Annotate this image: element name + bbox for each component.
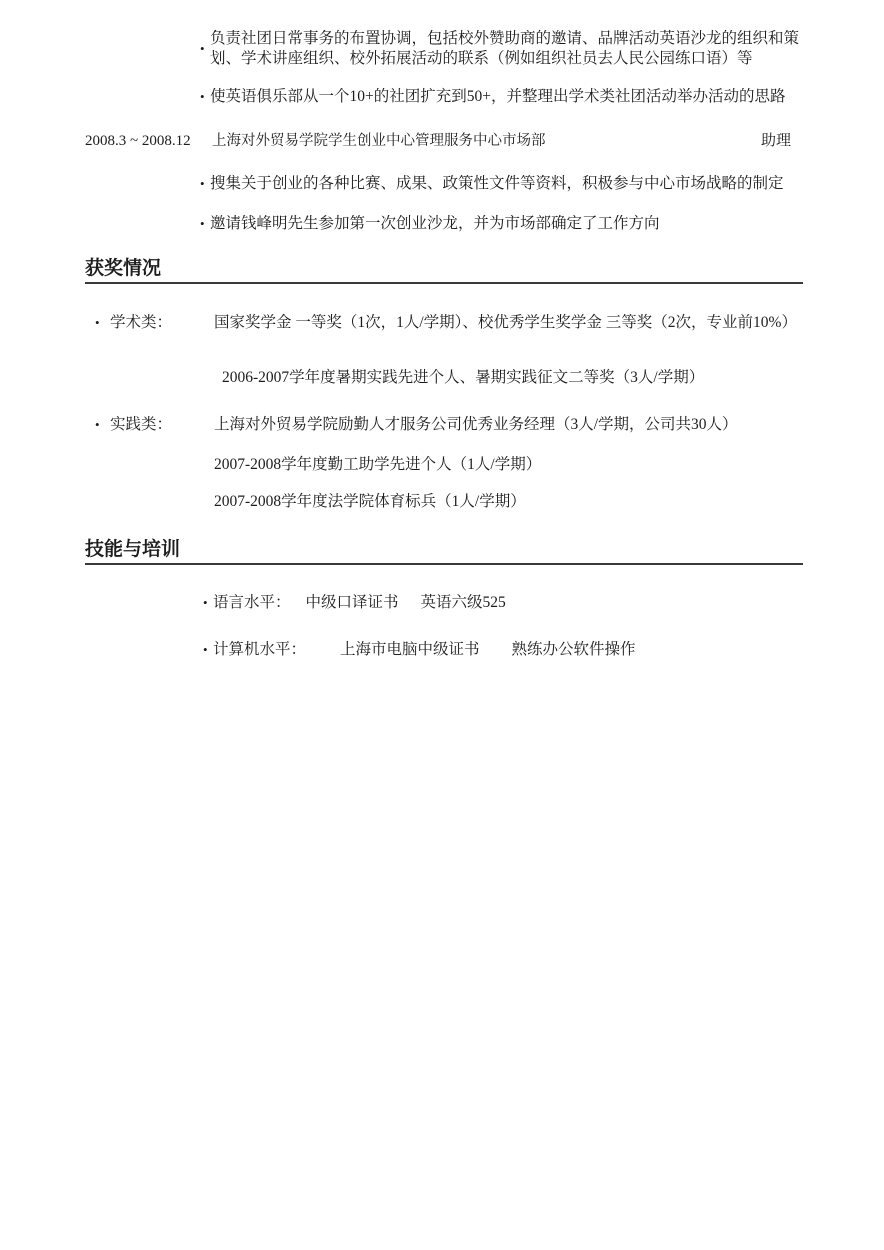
skill-value: 熟练办公软件操作 <box>512 640 636 660</box>
skill-label: 计算机水平： <box>213 640 306 660</box>
bullet-icon: • <box>95 313 110 333</box>
list-item: • 负责社团日常事务的布置协调，包括校外赞助商的邀请、品牌活动英语沙龙的组织和策… <box>200 29 803 68</box>
bullet-icon: • <box>200 214 210 234</box>
resume-content: • 负责社团日常事务的布置协调，包括校外赞助商的邀请、品牌活动英语沙龙的组织和策… <box>85 0 803 659</box>
bullet-icon: • <box>203 640 213 660</box>
skill-row: • 语言水平： 中级口译证书 英语六级525 <box>203 593 803 613</box>
skill-value: 上海市电脑中级证书 <box>340 640 480 660</box>
skill-row: • 计算机水平： 上海市电脑中级证书 熟练办公软件操作 <box>203 640 803 660</box>
award-line: 2007-2008学年度法学院体育标兵（1人/学期） <box>214 492 803 512</box>
awards-section-title: 获奖情况 <box>85 258 803 284</box>
skill-label: 语言水平： <box>213 593 291 613</box>
award-line: 2006-2007学年度暑期实践先进个人、暑期实践征文二等奖（3人/学期） <box>214 368 803 388</box>
bullet-icon: • <box>200 87 210 107</box>
job-date-range: 2008.3 ~ 2008.12 <box>85 132 212 151</box>
bullet-icon: • <box>200 174 210 194</box>
job-entry-header: 2008.3 ~ 2008.12 上海对外贸易学院学生创业中心管理服务中心市场部… <box>85 132 803 151</box>
resume-page: • 负责社团日常事务的布置协调，包括校外赞助商的邀请、品牌活动英语沙龙的组织和策… <box>0 0 884 1250</box>
award-category-label: 学术类： <box>110 313 214 333</box>
bullet-icon: • <box>95 415 110 435</box>
award-line: 上海对外贸易学院励勤人才服务公司优秀业务经理（3人/学期，公司共30人） <box>214 415 738 435</box>
list-item: • 使英语俱乐部从一个10+的社团扩充到50+，并整理出学术类社团活动举办活动的… <box>200 87 803 107</box>
award-line: 国家奖学金 一等奖（1次，1人/学期）、校优秀学生奖学金 三等奖（2次，专业前1… <box>214 313 797 333</box>
skill-value: 英语六级525 <box>421 593 506 613</box>
award-category-label: 实践类： <box>110 415 214 435</box>
job-bullet-text: 邀请钱峰明先生参加第一次创业沙龙，并为市场部确定了工作方向 <box>210 214 660 234</box>
club-bullet-text: 使英语俱乐部从一个10+的社团扩充到50+，并整理出学术类社团活动举办活动的思路 <box>210 87 786 107</box>
job-position-title: 助理 <box>761 132 803 151</box>
list-item: • 搜集关于创业的各种比赛、成果、政策性文件等资料，积极参与中心市场战略的制定 <box>200 174 803 194</box>
job-organization: 上海对外贸易学院学生创业中心管理服务中心市场部 <box>212 132 546 151</box>
bullet-icon: • <box>203 593 213 613</box>
award-line: 2007-2008学年度勤工助学先进个人（1人/学期） <box>214 455 803 475</box>
award-category-row: • 实践类： 上海对外贸易学院励勤人才服务公司优秀业务经理（3人/学期，公司共3… <box>95 415 803 435</box>
job-bullet-text: 搜集关于创业的各种比赛、成果、政策性文件等资料，积极参与中心市场战略的制定 <box>210 174 784 194</box>
bullet-icon: • <box>200 39 210 59</box>
award-category-row: • 学术类： 国家奖学金 一等奖（1次，1人/学期）、校优秀学生奖学金 三等奖（… <box>95 313 803 333</box>
club-bullet-text: 负责社团日常事务的布置协调，包括校外赞助商的邀请、品牌活动英语沙龙的组织和策划、… <box>210 29 803 68</box>
skills-section-title: 技能与培训 <box>85 539 803 565</box>
list-item: • 邀请钱峰明先生参加第一次创业沙龙，并为市场部确定了工作方向 <box>200 214 803 234</box>
skill-value: 中级口译证书 <box>306 593 399 613</box>
